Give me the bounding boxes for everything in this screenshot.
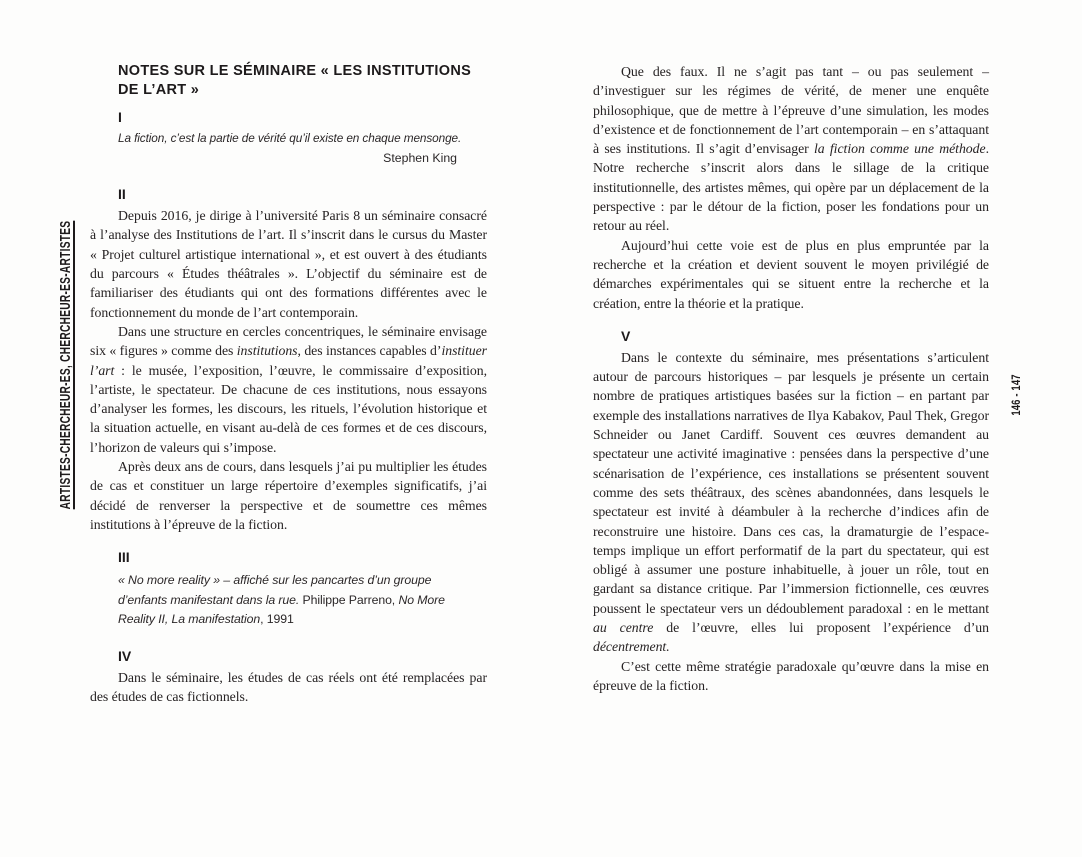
- section-heading-1: I: [118, 108, 487, 127]
- emphasized-text: institutions: [237, 343, 298, 358]
- text-run: : le musée, l’exposition, l’œuvre, le co…: [90, 363, 487, 455]
- book-spread: { "colors": { "background": "#fdfdfc", "…: [0, 0, 1082, 857]
- body-paragraph: Aujourd’hui cette voie est de plus en pl…: [593, 236, 989, 313]
- text-run: Dans le contexte du séminaire, mes prése…: [593, 350, 989, 616]
- emphasized-text: au centre: [593, 620, 653, 635]
- section-heading-4: IV: [118, 647, 487, 666]
- chapter-title-line-1: NOTES SUR LE SÉMINAIRE « LES INSTITUTION…: [118, 62, 487, 81]
- vertical-chapter-label-text: ARTISTES-CHERCHEUR-ES, CHERCHEUR-ES-ARTI…: [58, 221, 74, 510]
- text-run: Philippe Parreno,: [302, 593, 398, 607]
- body-paragraph: Que des faux. Il ne s’agit pas tant – ou…: [593, 62, 989, 236]
- text-run: Dans le séminaire, les études de cas rée…: [90, 670, 487, 704]
- left-page: NOTES SUR LE SÉMINAIRE « LES INSTITUTION…: [90, 62, 487, 707]
- body-paragraph: Après deux ans de cours, dans lesquels j…: [90, 457, 487, 534]
- text-run: C’est cette même stratégie paradoxale qu…: [593, 659, 989, 693]
- body-paragraph: Dans une structure en cercles concentriq…: [90, 322, 487, 457]
- body-paragraph: Dans le contexte du séminaire, mes prése…: [593, 348, 989, 657]
- page-folio: 146 - 147: [1008, 372, 1026, 418]
- emphasized-text: décentrement.: [593, 639, 670, 654]
- text-run: de l’œuvre, elles lui proposent l’expéri…: [653, 620, 989, 635]
- vertical-chapter-label: ARTISTES-CHERCHEUR-ES, CHERCHEUR-ES-ARTI…: [57, 247, 75, 483]
- text-run: , 1991: [260, 612, 294, 626]
- body-paragraph: Depuis 2016, je dirige à l’université Pa…: [90, 206, 487, 322]
- chapter-title-line-2: DE L’ART »: [118, 81, 487, 100]
- page-folio-text: 146 - 147: [1011, 374, 1023, 415]
- body-paragraph: C’est cette même stratégie paradoxale qu…: [593, 657, 989, 696]
- artwork-caption: « No more reality » – affiché sur les pa…: [118, 571, 461, 630]
- text-run: Après deux ans de cours, dans lesquels j…: [90, 459, 487, 532]
- section-heading-3: III: [118, 548, 487, 567]
- section-heading-5: V: [621, 327, 989, 346]
- chapter-title: NOTES SUR LE SÉMINAIRE « LES INSTITUTION…: [118, 62, 487, 100]
- emphasized-text: La fiction, c’est la partie de vérité qu…: [118, 131, 461, 145]
- text-run: Depuis 2016, je dirige à l’université Pa…: [90, 208, 487, 319]
- text-run: , des instances capables d’: [298, 343, 442, 358]
- right-page: Que des faux. Il ne s’agit pas tant – ou…: [593, 62, 989, 695]
- section-heading-2: II: [118, 185, 487, 204]
- text-run: Aujourd’hui cette voie est de plus en pl…: [593, 238, 989, 311]
- body-paragraph: Dans le séminaire, les études de cas rée…: [90, 668, 487, 707]
- epigraph: La fiction, c’est la partie de vérité qu…: [118, 129, 487, 149]
- epigraph-attribution: Stephen King: [118, 149, 457, 169]
- emphasized-text: la fiction comme une méthode: [814, 141, 986, 156]
